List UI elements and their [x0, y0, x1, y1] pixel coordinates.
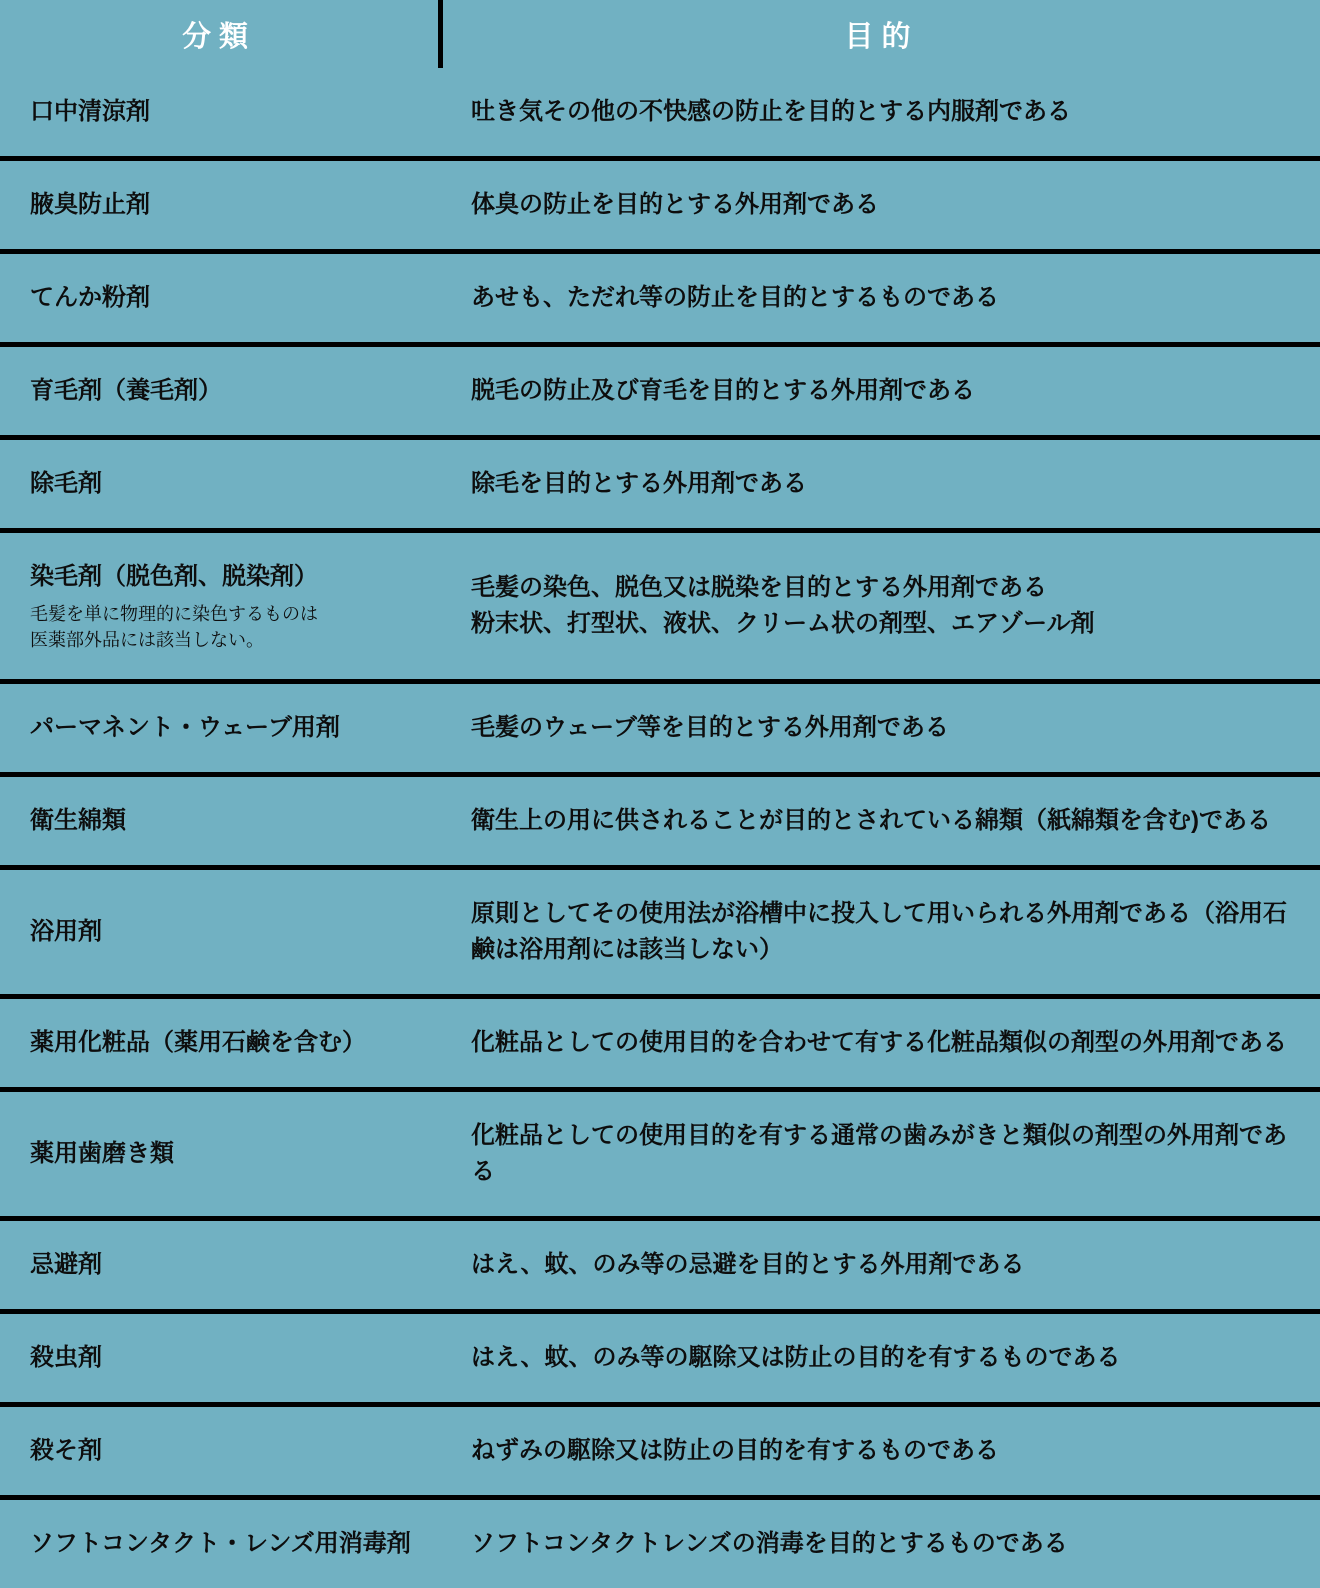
classification-cell: 薬用歯磨き類 — [0, 1136, 448, 1172]
table-row: 育毛剤（養毛剤） 脱毛の防止及び育毛を目的とする外用剤である — [0, 342, 1320, 435]
classification-label: ソフトコンタクト・レンズ用消毒剤 — [30, 1526, 428, 1562]
purpose-line: 毛髪の染色、脱色又は脱染を目的とする外用剤である — [471, 570, 1290, 606]
classification-label: 除毛剤 — [30, 466, 428, 502]
purpose-line: はえ、蚊、のみ等の忌避を目的とする外用剤である — [471, 1247, 1290, 1283]
table-body: 口中清涼剤 吐き気その他の不快感の防止を目的とする内服剤である 腋臭防止剤 体臭… — [0, 68, 1320, 1588]
table-row: パーマネント・ウェーブ用剤 毛髪のウェーブ等を目的とする外用剤である — [0, 679, 1320, 772]
purpose-cell: 除毛を目的とする外用剤である — [448, 466, 1320, 502]
purpose-cell: はえ、蚊、のみ等の忌避を目的とする外用剤である — [448, 1247, 1320, 1283]
table-row: 衛生綿類 衛生上の用に供されることが目的とされている綿類（紙綿類を含む)である — [0, 772, 1320, 865]
classification-cell: 殺そ剤 — [0, 1433, 448, 1469]
purpose-line: 吐き気その他の不快感の防止を目的とする内服剤である — [471, 94, 1290, 130]
purpose-line: はえ、蚊、のみ等の駆除又は防止の目的を有するものである — [471, 1340, 1290, 1376]
classification-label: 薬用化粧品（薬用石鹸を含む） — [30, 1025, 428, 1061]
classification-label: 薬用歯磨き類 — [30, 1136, 428, 1172]
classification-label: 染毛剤（脱色剤、脱染剤） — [30, 559, 428, 595]
table-row: 腋臭防止剤 体臭の防止を目的とする外用剤である — [0, 156, 1320, 249]
classification-cell: ソフトコンタクト・レンズ用消毒剤 — [0, 1526, 448, 1562]
table-row: 染毛剤（脱色剤、脱染剤） 毛髪を単に物理的に染色するものは医薬部外品には該当しな… — [0, 528, 1320, 679]
purpose-line: 体臭の防止を目的とする外用剤である — [471, 187, 1290, 223]
classification-label: てんか粉剤 — [30, 280, 428, 316]
purpose-cell: はえ、蚊、のみ等の駆除又は防止の目的を有するものである — [448, 1340, 1320, 1376]
purpose-cell: 化粧品としての使用目的を有する通常の歯みがきと類似の剤型の外用剤である — [448, 1118, 1320, 1190]
purpose-cell: 原則としてその使用法が浴槽中に投入して用いられる外用剤である（浴用石鹸は浴用剤に… — [448, 896, 1320, 968]
purpose-cell: ソフトコンタクトレンズの消毒を目的とするものである — [448, 1526, 1320, 1562]
classification-cell: 薬用化粧品（薬用石鹸を含む） — [0, 1025, 448, 1061]
classification-cell: 染毛剤（脱色剤、脱染剤） 毛髪を単に物理的に染色するものは医薬部外品には該当しな… — [0, 559, 448, 653]
purpose-cell: 衛生上の用に供されることが目的とされている綿類（紙綿類を含む)である — [448, 803, 1320, 839]
classification-cell: 浴用剤 — [0, 914, 448, 950]
classification-cell: 口中清涼剤 — [0, 94, 448, 130]
purpose-cell: ねずみの駆除又は防止の目的を有するものである — [448, 1433, 1320, 1469]
classification-cell: 腋臭防止剤 — [0, 187, 448, 223]
purpose-cell: 脱毛の防止及び育毛を目的とする外用剤である — [448, 373, 1320, 409]
purpose-line: 化粧品としての使用目的を合わせて有する化粧品類似の剤型の外用剤である — [471, 1025, 1290, 1061]
classification-label: パーマネント・ウェーブ用剤 — [30, 710, 428, 746]
purpose-cell: 化粧品としての使用目的を合わせて有する化粧品類似の剤型の外用剤である — [448, 1025, 1320, 1061]
classification-label: 腋臭防止剤 — [30, 187, 428, 223]
purpose-line: ねずみの駆除又は防止の目的を有するものである — [471, 1433, 1290, 1469]
classification-cell: てんか粉剤 — [0, 280, 448, 316]
purpose-line: 毛髪のウェーブ等を目的とする外用剤である — [471, 710, 1290, 746]
purpose-line: 除毛を目的とする外用剤である — [471, 466, 1290, 502]
classification-cell: 殺虫剤 — [0, 1340, 448, 1376]
classification-label: 忌避剤 — [30, 1247, 428, 1283]
table-header-row: 分類 目的 — [0, 0, 1320, 68]
purpose-line: ソフトコンタクトレンズの消毒を目的とするものである — [471, 1526, 1290, 1562]
classification-cell: 除毛剤 — [0, 466, 448, 502]
classification-cell: パーマネント・ウェーブ用剤 — [0, 710, 448, 746]
table-row: 殺そ剤 ねずみの駆除又は防止の目的を有するものである — [0, 1402, 1320, 1495]
classification-cell: 育毛剤（養毛剤） — [0, 373, 448, 409]
classification-cell: 衛生綿類 — [0, 803, 448, 839]
column-header-purpose: 目的 — [443, 0, 1320, 68]
classification-note-line: 医薬部外品には該当しない。 — [30, 627, 428, 653]
classification-label: 口中清涼剤 — [30, 94, 428, 130]
purpose-cell: 毛髪の染色、脱色又は脱染を目的とする外用剤である粉末状、打型状、液状、クリーム状… — [448, 570, 1320, 642]
table-row: 薬用歯磨き類 化粧品としての使用目的を有する通常の歯みがきと類似の剤型の外用剤で… — [0, 1087, 1320, 1216]
table-row: 忌避剤 はえ、蚊、のみ等の忌避を目的とする外用剤である — [0, 1216, 1320, 1309]
classification-note-line: 毛髪を単に物理的に染色するものは — [30, 601, 428, 627]
table-row: ソフトコンタクト・レンズ用消毒剤 ソフトコンタクトレンズの消毒を目的とするもので… — [0, 1495, 1320, 1588]
classification-label: 浴用剤 — [30, 914, 428, 950]
table-row: 殺虫剤 はえ、蚊、のみ等の駆除又は防止の目的を有するものである — [0, 1309, 1320, 1402]
classification-label: 育毛剤（養毛剤） — [30, 373, 428, 409]
classification-cell: 忌避剤 — [0, 1247, 448, 1283]
purpose-line: 化粧品としての使用目的を有する通常の歯みがきと類似の剤型の外用剤である — [471, 1118, 1290, 1190]
table-row: 口中清涼剤 吐き気その他の不快感の防止を目的とする内服剤である — [0, 68, 1320, 156]
purpose-cell: 毛髪のウェーブ等を目的とする外用剤である — [448, 710, 1320, 746]
table-row: 除毛剤 除毛を目的とする外用剤である — [0, 435, 1320, 528]
purpose-line: 脱毛の防止及び育毛を目的とする外用剤である — [471, 373, 1290, 409]
purpose-cell: あせも、ただれ等の防止を目的とするものである — [448, 280, 1320, 316]
purpose-line: 粉末状、打型状、液状、クリーム状の剤型、エアゾール剤 — [471, 606, 1290, 642]
table-row: 薬用化粧品（薬用石鹸を含む） 化粧品としての使用目的を合わせて有する化粧品類似の… — [0, 994, 1320, 1087]
classification-note: 毛髪を単に物理的に染色するものは医薬部外品には該当しない。 — [30, 601, 428, 653]
column-header-classification: 分類 — [0, 0, 443, 68]
classification-label: 殺虫剤 — [30, 1340, 428, 1376]
purpose-cell: 吐き気その他の不快感の防止を目的とする内服剤である — [448, 94, 1320, 130]
table-row: 浴用剤 原則としてその使用法が浴槽中に投入して用いられる外用剤である（浴用石鹸は… — [0, 865, 1320, 994]
purpose-line: あせも、ただれ等の防止を目的とするものである — [471, 280, 1290, 316]
classification-label: 衛生綿類 — [30, 803, 428, 839]
table-row: てんか粉剤 あせも、ただれ等の防止を目的とするものである — [0, 249, 1320, 342]
purpose-line: 原則としてその使用法が浴槽中に投入して用いられる外用剤である（浴用石鹸は浴用剤に… — [471, 896, 1290, 968]
quasi-drug-classification-table: 分類 目的 口中清涼剤 吐き気その他の不快感の防止を目的とする内服剤である 腋臭… — [0, 0, 1320, 1588]
purpose-line: 衛生上の用に供されることが目的とされている綿類（紙綿類を含む)である — [471, 803, 1290, 839]
purpose-cell: 体臭の防止を目的とする外用剤である — [448, 187, 1320, 223]
classification-label: 殺そ剤 — [30, 1433, 428, 1469]
